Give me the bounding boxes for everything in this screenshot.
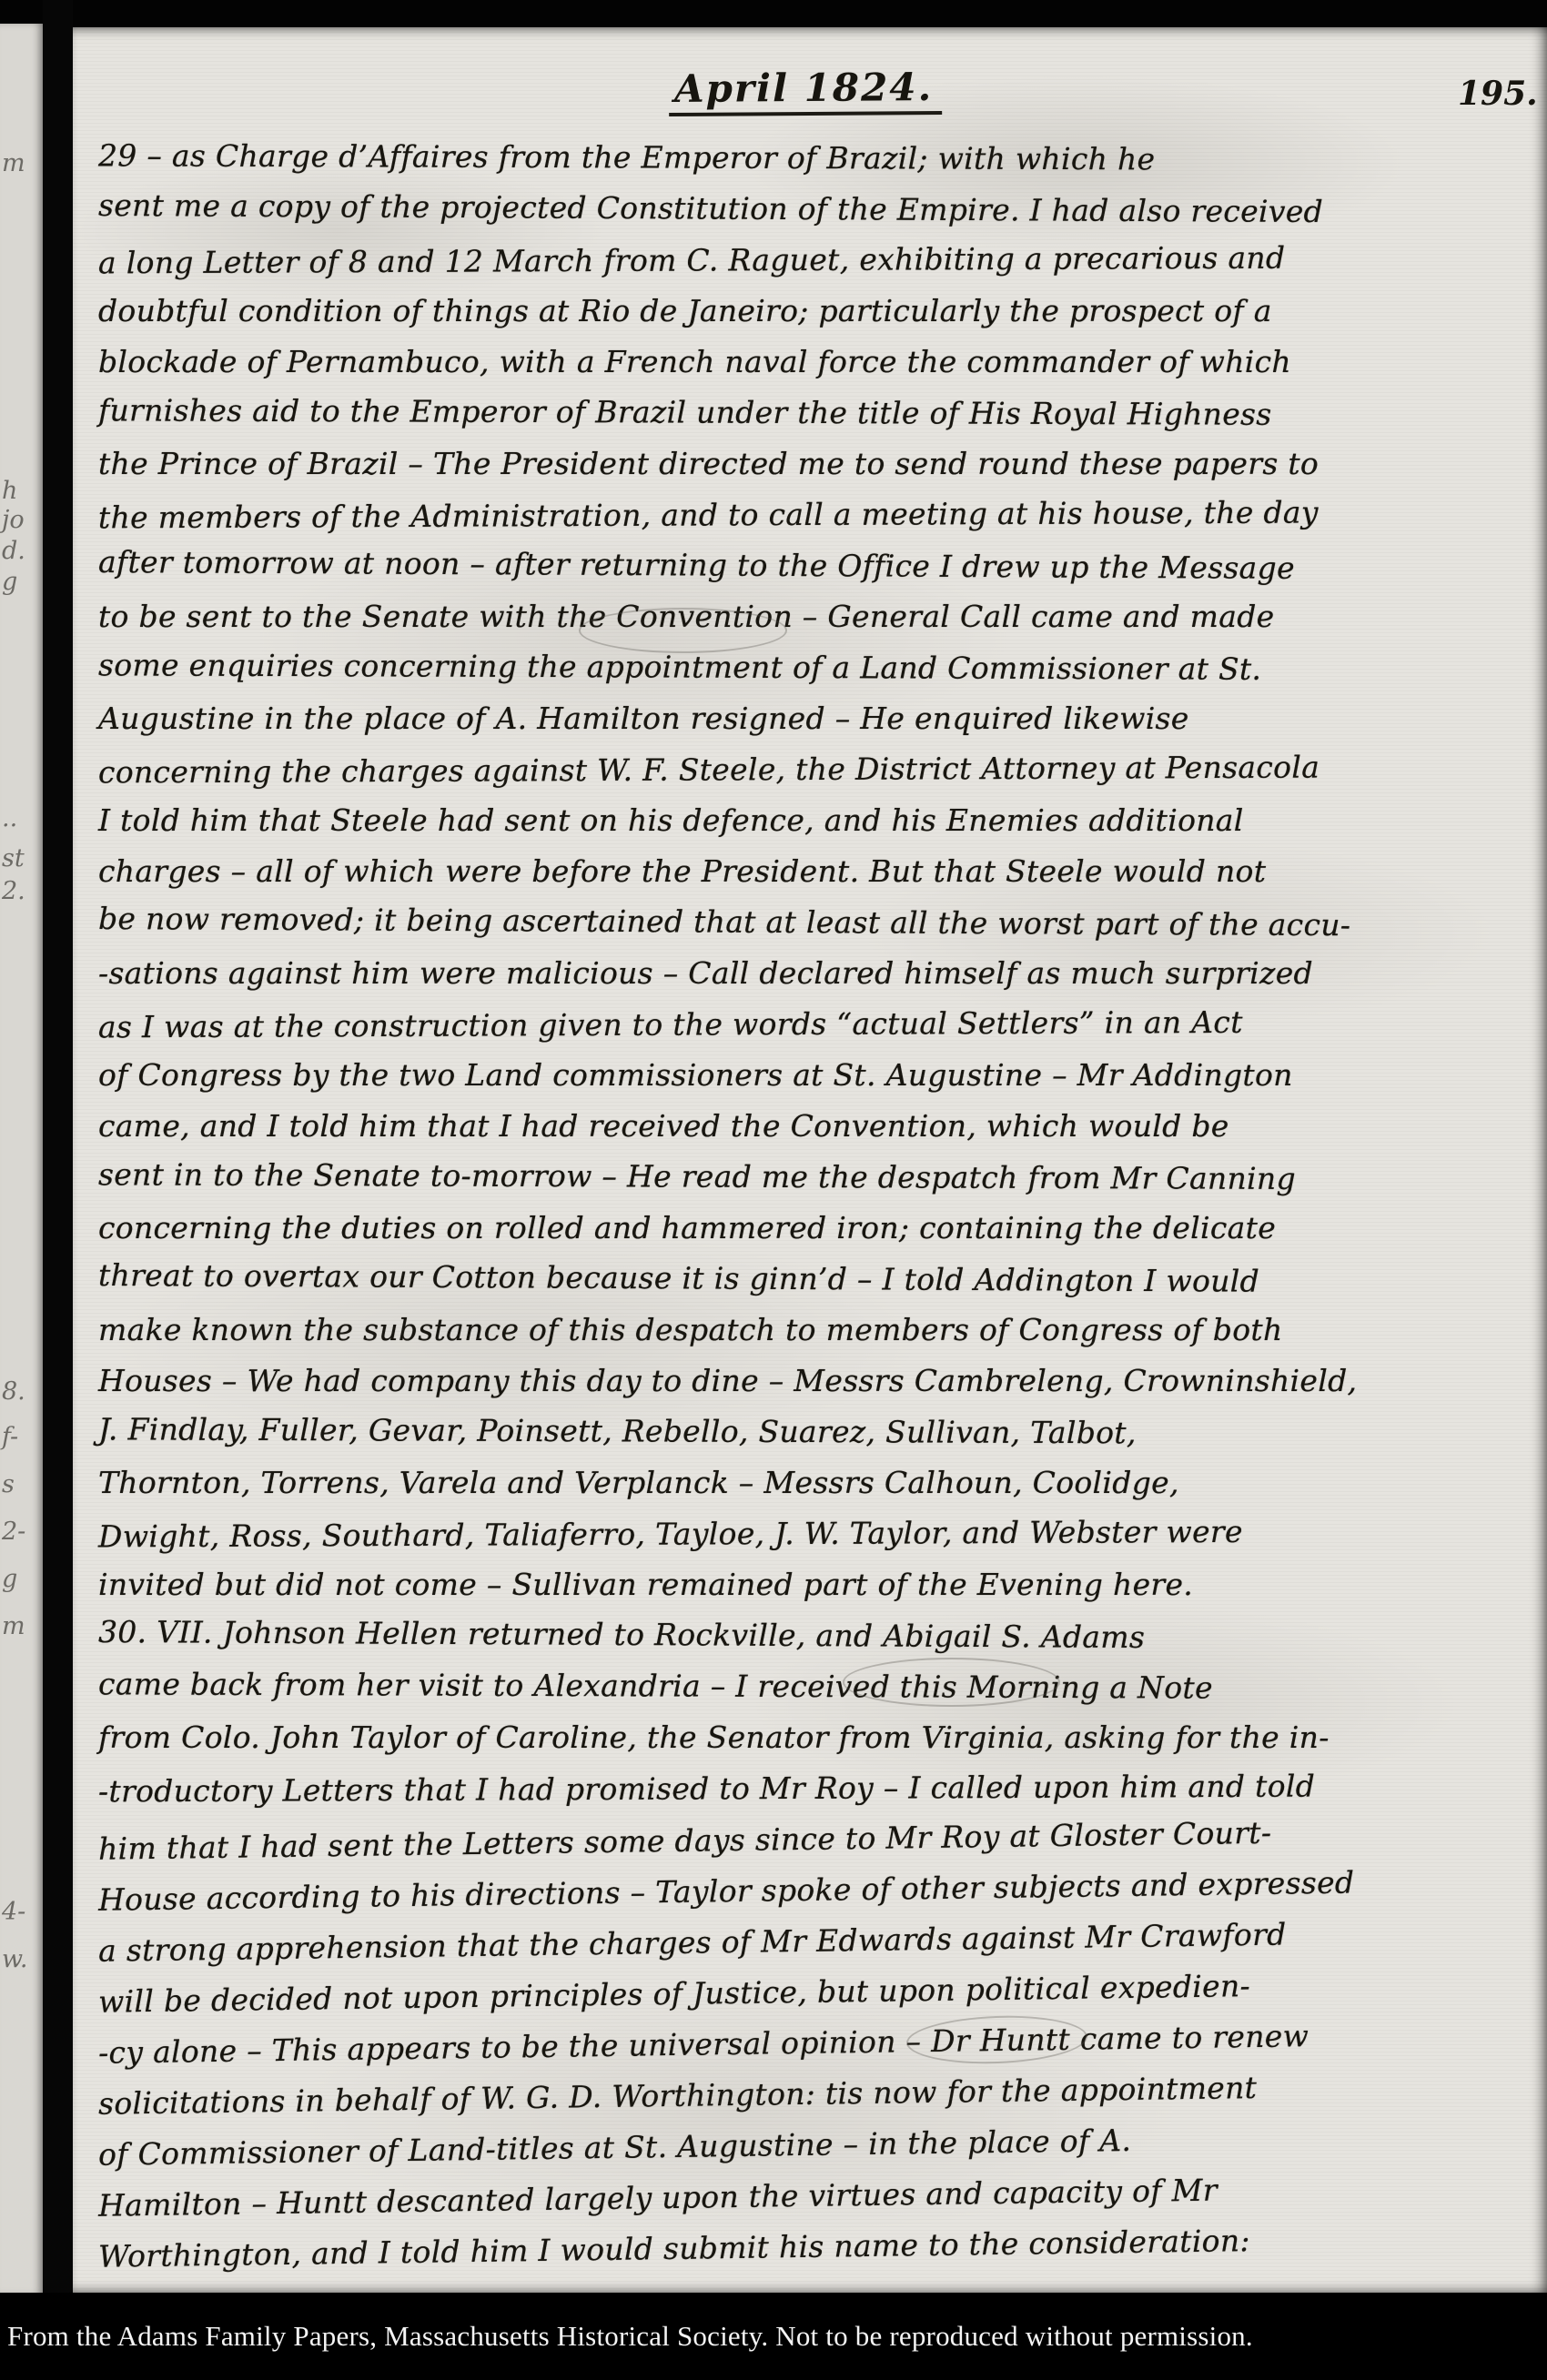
manuscript-line: a long Letter of 8 and 12 March from C. … <box>98 232 1497 289</box>
diary-page: April 1824. 195. 29 – as Charge d’Affair… <box>73 27 1547 2293</box>
margin-fragment: f- <box>2 1423 18 1451</box>
margin-fragment: 4- <box>2 1898 25 1926</box>
margin-fragment: st <box>2 844 25 872</box>
manuscript-line: of Congress by the two Land commissioner… <box>98 1050 1497 1101</box>
manuscript-line: invited but did not come – Sullivan rema… <box>98 1559 1497 1610</box>
manuscript-line: Houses – We had company this day to dine… <box>98 1356 1497 1407</box>
manuscript-line: make known the substance of this despatc… <box>98 1305 1497 1356</box>
manuscript-line: 30. VII. Johnson Hellen returned to Rock… <box>98 1607 1497 1665</box>
margin-fragment: 2- <box>2 1518 25 1546</box>
margin-fragment: 2. <box>2 877 25 905</box>
margin-fragment: s <box>2 1470 15 1498</box>
manuscript-line: from Colo. John Taylor of Caroline, the … <box>98 1712 1497 1763</box>
manuscript-line: charges – all of which were before the P… <box>98 846 1497 897</box>
manuscript-line: as I was at the construction given to th… <box>98 996 1497 1054</box>
manuscript-scan: m h jo d. g .. st 2. 8. f- s 2- g m 4- w… <box>0 0 1547 2380</box>
manuscript-line: the members of the Administration, and t… <box>98 487 1497 544</box>
manuscript-line: sent me a copy of the projected Constitu… <box>98 180 1497 238</box>
manuscript-line: the Prince of Brazil – The President dir… <box>98 439 1497 489</box>
margin-fragment: w. <box>2 1945 28 1973</box>
manuscript-line: came back from her visit to Alexandria –… <box>98 1659 1497 1714</box>
credit-footer: From the Adams Family Papers, Massachuse… <box>0 2293 1547 2380</box>
manuscript-line: concerning the duties on rolled and hamm… <box>98 1203 1497 1254</box>
margin-fragment: g <box>2 568 17 596</box>
manuscript-line: Augustine in the place of A. Hamilton re… <box>98 693 1497 744</box>
page-number: 195. <box>1458 75 1538 113</box>
margin-fragment: d. <box>2 537 25 565</box>
margin-fragment: m <box>2 149 25 177</box>
manuscript-line: after tomorrow at noon – after returning… <box>98 537 1497 595</box>
manuscript-line: furnishes aid to the Emperor of Brazil u… <box>98 385 1497 440</box>
manuscript-line: concerning the charges against W. F. Ste… <box>98 741 1497 799</box>
manuscript-line: -sations against him were malicious – Ca… <box>98 948 1497 999</box>
manuscript-line: be now removed; it being ascertained tha… <box>98 893 1497 952</box>
page-gutter-shadow <box>43 0 73 2293</box>
margin-fragment: 8. <box>2 1377 25 1406</box>
manuscript-line: some enquiries concerning the appointmen… <box>98 640 1497 695</box>
margin-fragment: m <box>2 1612 25 1640</box>
pencil-circle-mark <box>579 608 787 653</box>
manuscript-line: threat to overtax our Cotton because it … <box>98 1250 1497 1308</box>
margin-fragment: .. <box>2 804 17 832</box>
manuscript-line: doubtful condition of things at Rio de J… <box>98 286 1497 337</box>
pencil-circle-mark <box>843 1658 1060 1707</box>
manuscript-line: Thornton, Torrens, Varela and Verplanck … <box>98 1457 1497 1508</box>
diary-entry-text: 29 – as Charge d’Affaires from the Emper… <box>98 133 1497 2273</box>
margin-fragment: h <box>2 477 17 505</box>
margin-fragment: jo <box>2 506 25 534</box>
manuscript-line: 29 – as Charge d’Affaires from the Emper… <box>98 130 1497 186</box>
manuscript-line: to be sent to the Senate with the Conven… <box>98 591 1497 642</box>
credit-text: From the Adams Family Papers, Massachuse… <box>0 2320 1253 2353</box>
manuscript-line: I told him that Steele had sent on his d… <box>98 795 1497 846</box>
adjacent-page-strip: m h jo d. g .. st 2. 8. f- s 2- g m 4- w… <box>0 24 43 2294</box>
manuscript-line: came, and I told him that I had received… <box>98 1101 1497 1152</box>
manuscript-line: blockade of Pernambuco, with a French na… <box>98 337 1497 388</box>
date-heading: April 1824. <box>669 65 943 116</box>
manuscript-line: Dwight, Ross, Southard, Taliaferro, Tayl… <box>98 1506 1497 1563</box>
margin-fragment: g <box>2 1565 17 1593</box>
manuscript-line: J. Findlay, Fuller, Gevar, Poinsett, Reb… <box>98 1404 1497 1459</box>
manuscript-line: sent in to the Senate to-morrow – He rea… <box>98 1149 1497 1205</box>
